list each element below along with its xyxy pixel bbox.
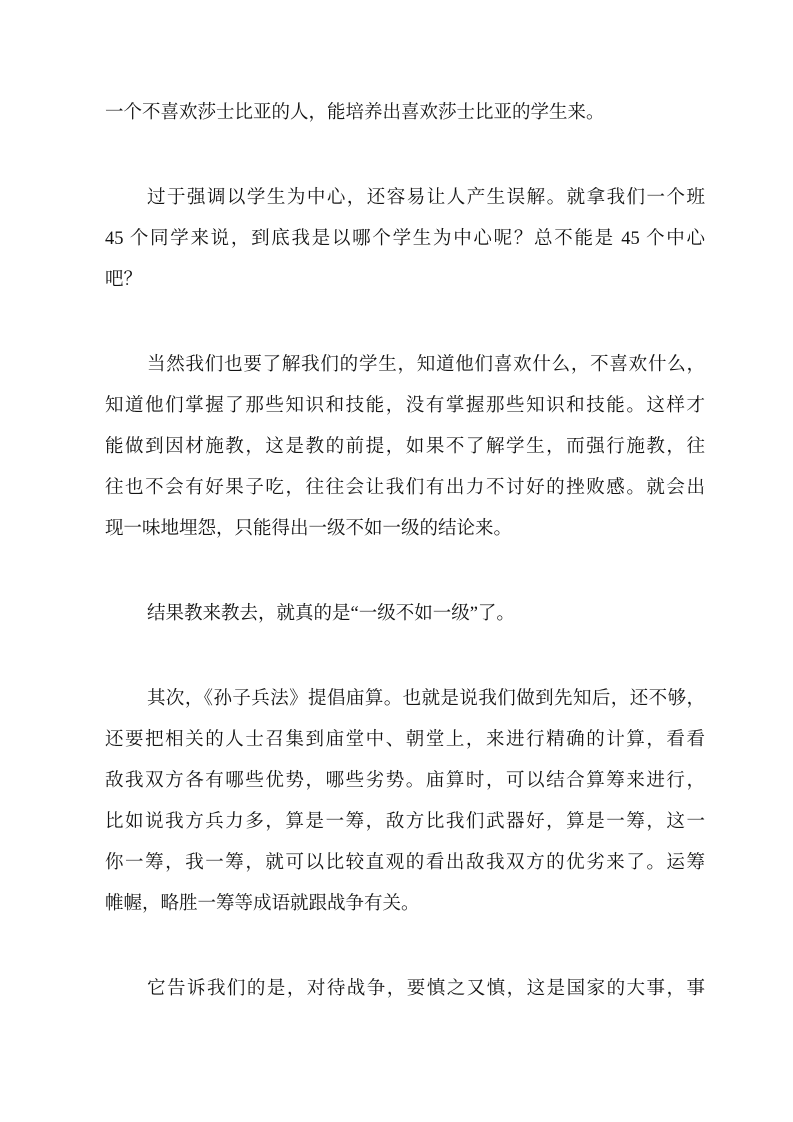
paragraph: 一个不喜欢莎士比亚的人，能培养出喜欢莎士比亚的学生来。: [105, 93, 705, 134]
text-line: 敌我双方各有哪些优势，哪些劣势。庙算时，可以结合算筹来进行，: [105, 761, 705, 802]
paragraph: 结果教来教去，就真的是“一级不如一级”了。: [105, 594, 705, 635]
paragraph: 它告诉我们的是，对待战争，要慎之又慎，这是国家的大事，事: [105, 969, 705, 1010]
text-body: 一个不喜欢莎士比亚的人，能培养出喜欢莎士比亚的学生来。过于强调以学生为中心，还容…: [105, 93, 705, 1010]
paragraph: 其次，《孙子兵法》提倡庙算。也就是说我们做到先知后，还不够，还要把相关的人士召集…: [105, 679, 705, 925]
text-line: 其次，《孙子兵法》提倡庙算。也就是说我们做到先知后，还不够，: [105, 679, 705, 720]
text-line: 往也不会有好果子吃，往往会让我们有出力不讨好的挫败感。就会出: [105, 468, 705, 509]
text-line: 它告诉我们的是，对待战争，要慎之又慎，这是国家的大事，事: [105, 969, 705, 1010]
text-line: 你一筹，我一筹，就可以比较直观的看出敌我双方的优劣来了。运筹: [105, 843, 705, 884]
paragraph: 当然我们也要了解我们的学生，知道他们喜欢什么，不喜欢什么，知道他们掌握了那些知识…: [105, 345, 705, 550]
text-line: 现一味地埋怨，只能得出一级不如一级的结论来。: [105, 509, 705, 550]
text-line: 一个不喜欢莎士比亚的人，能培养出喜欢莎士比亚的学生来。: [105, 93, 705, 134]
text-line: 结果教来教去，就真的是“一级不如一级”了。: [105, 594, 705, 635]
text-line: 吧？: [105, 260, 705, 301]
text-line: 知道他们掌握了那些知识和技能，没有掌握那些知识和技能。这样才: [105, 386, 705, 427]
text-line: 过于强调以学生为中心，还容易让人产生误解。就拿我们一个班: [105, 178, 705, 219]
text-line: 还要把相关的人士召集到庙堂中、朝堂上，来进行精确的计算，看看: [105, 720, 705, 761]
document-page: 一个不喜欢莎士比亚的人，能培养出喜欢莎士比亚的学生来。过于强调以学生为中心，还容…: [0, 0, 793, 1122]
text-line: 当然我们也要了解我们的学生，知道他们喜欢什么，不喜欢什么，: [105, 345, 705, 386]
text-line: 帷幄，略胜一筹等成语就跟战争有关。: [105, 884, 705, 925]
text-line: 能做到因材施教，这是教的前提，如果不了解学生，而强行施教，往: [105, 427, 705, 468]
text-line: 45 个同学来说，到底我是以哪个学生为中心呢？总不能是 45 个中心: [105, 219, 705, 260]
text-line: 比如说我方兵力多，算是一筹，敌方比我们武器好，算是一筹，这一: [105, 802, 705, 843]
paragraph: 过于强调以学生为中心，还容易让人产生误解。就拿我们一个班45 个同学来说，到底我…: [105, 178, 705, 301]
